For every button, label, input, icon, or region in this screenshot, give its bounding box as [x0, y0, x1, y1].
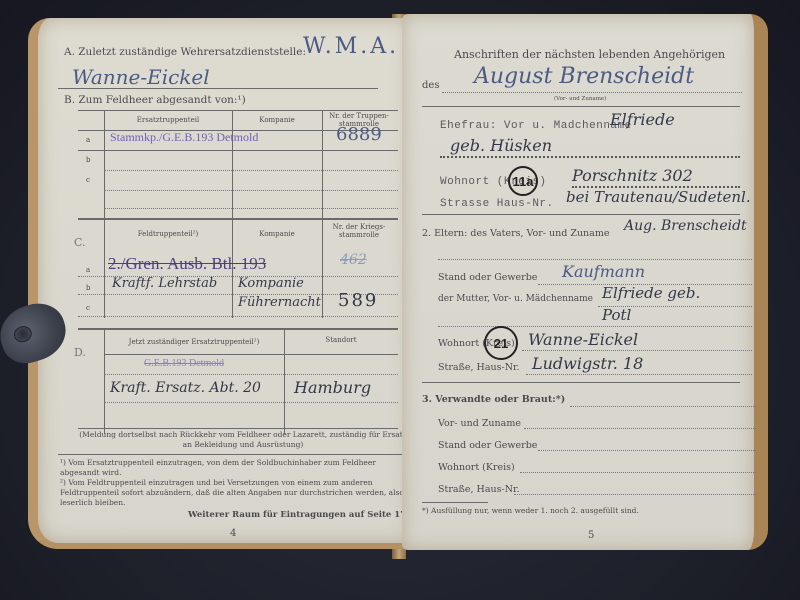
row-number: 6889 — [336, 124, 382, 145]
footnote-2: ²) Vom Feldtruppenteil einzutragen und b… — [60, 478, 405, 508]
row-number: 589 — [338, 290, 378, 311]
dotted-line — [524, 428, 756, 429]
col-header-location: Standort — [284, 336, 398, 344]
col-header-number: Nr. der Kriegs-stammrolle — [324, 223, 394, 239]
col-header-company: Kompanie — [232, 230, 322, 238]
row-number: 462 — [340, 252, 367, 268]
table-border — [104, 110, 105, 220]
section-a-label: A. Zuletzt zuständige Wehrersatzdienstst… — [64, 46, 306, 58]
footnote-1: ¹) Vom Ersatztruppenteil einzutragen, vo… — [60, 458, 405, 478]
parents-residence-value: Wanne-Eickel — [528, 330, 638, 349]
row-border — [78, 150, 398, 151]
section-a-line2: Wanne-Eickel — [72, 65, 210, 89]
dotted-line — [520, 472, 756, 473]
table-border — [322, 218, 323, 318]
row-border — [104, 374, 398, 375]
row-letter: a — [86, 266, 90, 274]
row-border — [78, 428, 398, 429]
col-header-unit: Jetzt zuständiger Ersatztruppenteil²) — [104, 338, 284, 346]
mother-value-line2: Potl — [602, 306, 631, 324]
mother-value-line1: Elfriede geb. — [602, 284, 700, 302]
row-letter: b — [86, 156, 90, 164]
father-value: Aug. Brenscheidt — [624, 218, 747, 234]
relatives-occupation-label: Stand oder Gewerbe — [438, 440, 537, 451]
residence-circle-stamp: 21 — [484, 326, 518, 360]
footnote-rule — [422, 502, 488, 503]
parents-street-value: Ludwigstr. 18 — [532, 354, 643, 373]
row-border — [104, 208, 398, 209]
rivet-hole — [12, 324, 34, 345]
divider — [422, 214, 740, 215]
dotted-line — [438, 326, 752, 327]
continuation-note: Weiterer Raum für Eintragungen auf Seite… — [188, 510, 409, 520]
row-unit: Kraft. Ersatz. Abt. 20 — [110, 380, 261, 396]
dotted-line — [538, 450, 756, 451]
dotted-line — [570, 406, 756, 407]
section-a-value: W.M.A. — [303, 34, 399, 59]
relatives-residence-label: Wohnort (Kreis) — [438, 462, 515, 473]
des-caption: (Vor- und Zuname) — [554, 96, 606, 102]
divider — [422, 382, 740, 383]
section-c-label: C. — [74, 236, 86, 249]
wife-street-value: bei Trautenau/Sudetenl. — [566, 188, 751, 206]
occupation-label: Stand oder Gewerbe — [438, 272, 537, 283]
row-border — [78, 316, 398, 317]
page-number: 4 — [230, 528, 236, 539]
row-location: Hamburg — [294, 378, 371, 397]
page-heading: Anschriften der nächsten lebenden Angehö… — [454, 48, 725, 61]
relatives-label: 3. Verwandte oder Braut:*) — [422, 394, 565, 405]
wife-label: Ehefrau: Vor u. Madchenname — [440, 120, 632, 132]
des-label: des — [422, 80, 439, 91]
dotted-line — [522, 350, 752, 351]
table-border — [78, 110, 398, 111]
row-border — [104, 190, 398, 191]
row-letter: b — [86, 284, 90, 292]
dotted-line — [438, 259, 752, 260]
residence-circle-stamp: 11a — [508, 166, 538, 196]
left-page: A. Zuletzt zuständige Wehrersatzdienstst… — [28, 18, 410, 549]
row-letter: c — [86, 176, 90, 184]
section-d-label: D. — [74, 346, 86, 359]
table-border — [78, 328, 398, 330]
section-b-label: B. Zum Feldheer abgesandt von:¹) — [64, 94, 246, 106]
dotted-line — [514, 494, 756, 495]
divider — [58, 88, 378, 89]
parents-street-label: Straße, Haus-Nr. — [438, 362, 520, 373]
row-unit: Stammkp./G.E.B.193 Detmold — [110, 130, 258, 145]
col-header-unit: Ersatztruppenteil — [104, 116, 232, 124]
row-border — [104, 170, 398, 171]
mother-label: der Mutter, Vor- u. Mädchenname — [438, 294, 593, 304]
table-border — [322, 110, 323, 220]
dotted-line — [440, 156, 740, 158]
row-letter: a — [86, 136, 90, 144]
row-company: Kompanie — [238, 276, 304, 291]
des-line — [442, 92, 742, 93]
col-header-company: Kompanie — [232, 116, 322, 124]
row-unit: 2./Gren. Ausb. Btl. 193 — [108, 254, 266, 274]
wife-value-line2: geb. Hüsken — [450, 136, 552, 155]
divider — [58, 454, 408, 455]
wife-value-line1: Elfriede — [610, 110, 675, 129]
divider — [422, 106, 740, 107]
page-number: 5 — [588, 530, 594, 541]
row-border — [104, 402, 398, 403]
row-letter: c — [86, 304, 90, 312]
row-unit-struck: G.E.B.193 Detmold — [144, 358, 224, 369]
parents-label: 2. Eltern: des Vaters, Vor- und Zuname — [422, 228, 609, 239]
relatives-street-label: Straße, Haus-Nr. — [438, 484, 520, 495]
col-header-unit: Feldtruppenteil²) — [104, 230, 232, 238]
table-border — [232, 110, 233, 220]
section-d-note: (Meldung dortselbst nach Rückkehr vom Fe… — [78, 430, 408, 450]
table-border — [78, 218, 398, 220]
row-border — [104, 354, 398, 355]
dotted-line — [526, 374, 752, 375]
right-page: Anschriften der nächsten lebenden Angehö… — [402, 14, 768, 550]
des-value: August Brenscheidt — [474, 64, 694, 89]
row-unit: Kraftf. Lehrstab — [112, 276, 217, 291]
occupation-value: Kaufmann — [562, 262, 645, 281]
wife-street-label: Strasse Haus-Nr. — [440, 198, 554, 210]
right-footnote: *) Ausfüllung nur, wenn weder 1. noch 2.… — [422, 506, 639, 515]
wife-residence-value: Porschnitz 302 — [572, 166, 693, 185]
row-company: Führernacht — [238, 295, 321, 310]
relatives-name-label: Vor- und Zuname — [438, 418, 521, 429]
